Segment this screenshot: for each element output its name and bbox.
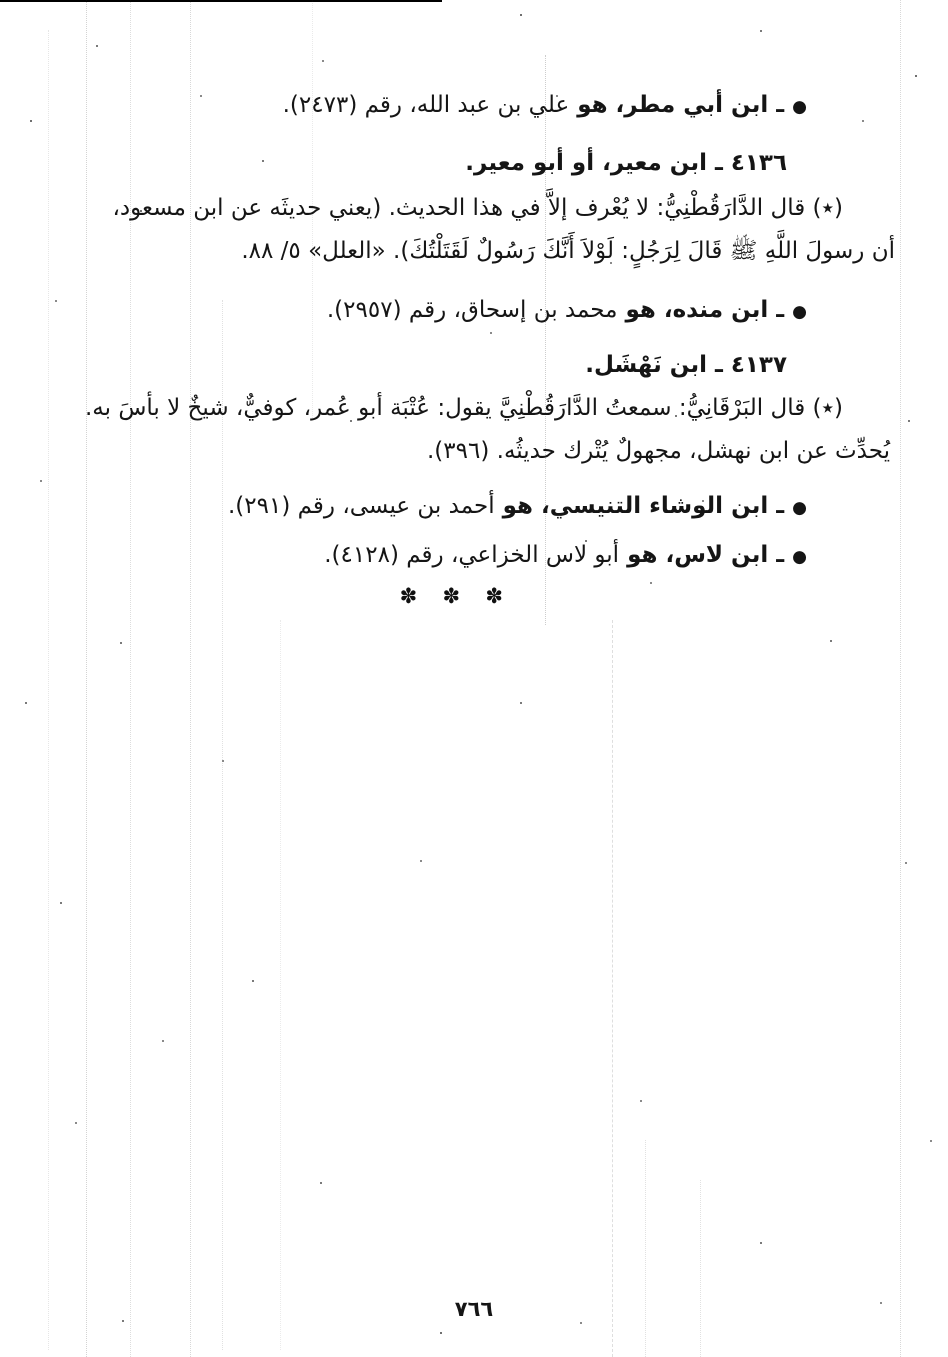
bullet-entry-ibn-las: ● ـ ابن لاس، هو أبو لاس الخزاعي، رقم (٤١… [324, 538, 807, 574]
scanned-book-page: ● ـ ابن أبي مطر، هو علي بن عبد الله، رقم… [0, 0, 948, 1357]
paragraph-line: (٭) قال البَرْقَانِيُّ: سمعتُ الدَّارَقُ… [85, 391, 843, 425]
entry-name: ـ ابن منده، هو [625, 293, 784, 327]
scan-streak [86, 0, 87, 1357]
bullet-icon: ● [792, 90, 807, 124]
entry-name: ـ ابن لاس، هو [627, 538, 784, 572]
section-heading-4136: ٤١٣٦ ـ ابن معير، أو أبو معير. [465, 146, 787, 180]
bullet-entry-ibn-abi-matar: ● ـ ابن أبي مطر، هو علي بن عبد الله، رقم… [283, 88, 807, 124]
scan-speckles [0, 0, 2, 2]
entry-reference: أبو لاس الخزاعي، رقم (٤١٢٨). [324, 538, 619, 572]
scan-edge-line [0, 0, 442, 2]
entry-name: ـ ابن الوشاء التنيسي، هو [503, 489, 785, 523]
bullet-icon: ● [792, 295, 807, 329]
entry-reference: أحمد بن عيسى، رقم (٢٩١). [228, 489, 495, 523]
bullet-entry-ibn-alwashsha: ● ـ ابن الوشاء التنيسي، هو أحمد بن عيسى،… [228, 489, 807, 525]
bullet-icon: ● [792, 491, 807, 525]
scan-streak [700, 1180, 701, 1357]
entry-reference: علي بن عبد الله، رقم (٢٤٧٣). [283, 88, 570, 122]
bullet-entry-ibn-mandah: ● ـ ابن منده، هو محمد بن إسحاق، رقم (٢٩٥… [327, 293, 807, 329]
section-heading-4137: ٤١٣٧ ـ ابن نَهْشَل. [585, 348, 787, 382]
scan-streak [48, 30, 49, 1350]
page-number: ٧٦٦ [0, 1297, 948, 1321]
paragraph-line: يُحدِّث عن ابن نهشل، مجهولٌ يُتْرك حديثُ… [427, 434, 890, 468]
entry-name: ـ ابن أبي مطر، هو [577, 88, 784, 122]
scan-streak [612, 620, 613, 1357]
bullet-icon: ● [792, 540, 807, 574]
scan-streak [280, 620, 281, 1350]
paragraph-line: (٭) قال الدَّارَقُطْنِيُّ: لا يُعْرف إلا… [112, 191, 843, 225]
entry-reference: محمد بن إسحاق، رقم (٢٩٥٧). [327, 293, 618, 327]
scan-streak [900, 0, 901, 1357]
scan-streak [222, 300, 223, 1350]
scan-streak [645, 1140, 646, 1357]
separator-stars-icon: ✽ ✽ ✽ [422, 584, 512, 608]
paragraph-line: أن رسولَ اللَّهِ ﷺ قَالَ لِرَجُلٍ: لَوْل… [241, 234, 895, 268]
